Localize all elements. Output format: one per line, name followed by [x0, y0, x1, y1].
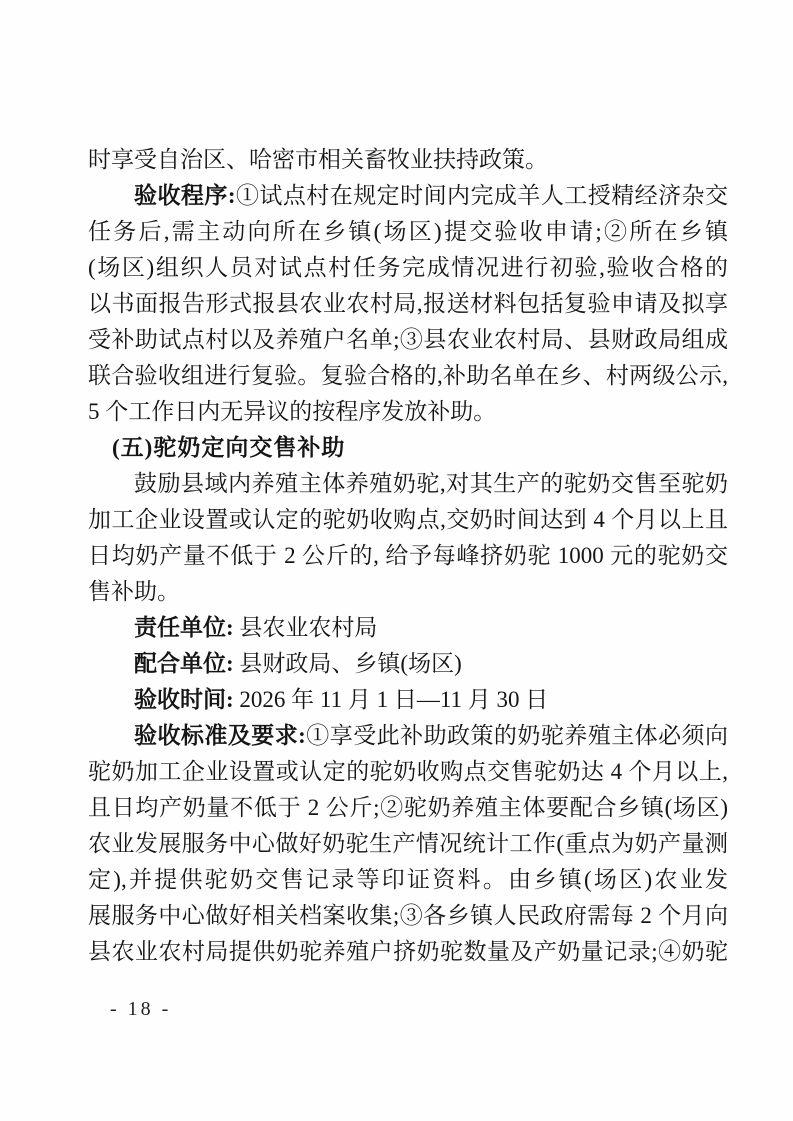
body-text: 联合验收组进行复验。复验合格的,补助名单在乡、村两级公示,: [88, 363, 728, 388]
text-line: (场区)组织人员对试点村任务完成情况进行初验,验收合格的: [88, 250, 728, 286]
text-line: 任务后,需主动向所在乡镇(场区)提交验收申请;②所在乡镇: [88, 214, 728, 250]
text-line: 鼓励县域内养殖主体养殖奶驼,对其生产的驼奶交售至驼奶: [88, 466, 728, 502]
label-text: 配合单位:: [134, 651, 234, 676]
body-text: 鼓励县域内养殖主体养殖奶驼,对其生产的驼奶交售至驼奶: [134, 471, 728, 496]
body-text: 受补助试点村以及养殖户名单;③县农业农村局、县财政局组成: [88, 327, 728, 352]
text-line: 5 个工作日内无异议的按程序发放补助。: [88, 394, 728, 430]
text-line: 验收时间: 2026 年 11 月 1 日—11 月 30 日: [88, 682, 728, 718]
document-page: 时享受自治区、哈密市相关畜牧业扶持政策。验收程序:①试点村在规定时间内完成羊人工…: [0, 0, 793, 1121]
body-text: 县农业农村局: [234, 615, 378, 640]
text-line: 受补助试点村以及养殖户名单;③县农业农村局、县财政局组成: [88, 322, 728, 358]
body-text: 以书面报告形式报县农业农村局,报送材料包括复验申请及拟享: [88, 291, 728, 316]
body-text: 县农业农村局提供奶驼养殖户挤奶驼数量及产奶量记录;④奶驼: [88, 939, 728, 964]
body-text: 县财政局、乡镇(场区): [234, 651, 462, 676]
body-text: 加工企业设置或认定的驼奶收购点,交奶时间达到 4 个月以上且: [88, 507, 728, 532]
body-text: 农业发展服务中心做好奶驼生产情况统计工作(重点为奶产量测: [88, 831, 728, 856]
text-line: 售补助。: [88, 574, 728, 610]
label-text: 验收时间:: [134, 687, 234, 712]
text-line: 日均奶产量不低于 2 公斤的, 给予每峰挤奶驼 1000 元的驼奶交: [88, 538, 728, 574]
text-line: 配合单位: 县财政局、乡镇(场区): [88, 646, 728, 682]
body-text: 时享受自治区、哈密市相关畜牧业扶持政策。: [88, 147, 548, 172]
document-body: 时享受自治区、哈密市相关畜牧业扶持政策。验收程序:①试点村在规定时间内完成羊人工…: [88, 142, 728, 970]
text-line: 县农业农村局提供奶驼养殖户挤奶驼数量及产奶量记录;④奶驼: [88, 934, 728, 970]
body-text: (场区)组织人员对试点村任务完成情况进行初验,验收合格的: [88, 255, 728, 280]
body-text: 日均奶产量不低于 2 公斤的, 给予每峰挤奶驼 1000 元的驼奶交: [88, 543, 728, 568]
text-line: 展服务中心做好相关档案收集;③各乡镇人民政府需每 2 个月向: [88, 898, 728, 934]
text-line: 时享受自治区、哈密市相关畜牧业扶持政策。: [88, 142, 728, 178]
text-line: 且日均产奶量不低于 2 公斤;②驼奶养殖主体要配合乡镇(场区): [88, 790, 728, 826]
label-text: 验收标准及要求:: [134, 723, 306, 748]
text-line: 加工企业设置或认定的驼奶收购点,交奶时间达到 4 个月以上且: [88, 502, 728, 538]
body-text: 且日均产奶量不低于 2 公斤;②驼奶养殖主体要配合乡镇(场区): [88, 795, 728, 820]
body-text: 售补助。: [88, 579, 180, 604]
body-text: 2026 年 11 月 1 日—11 月 30 日: [234, 687, 549, 712]
text-line: 验收程序:①试点村在规定时间内完成羊人工授精经济杂交: [88, 178, 728, 214]
body-text: ①试点村在规定时间内完成羊人工授精经济杂交: [235, 183, 728, 208]
text-line: 定),并提供驼奶交售记录等印证资料。由乡镇(场区)农业发: [88, 862, 728, 898]
body-text: 5 个工作日内无异议的按程序发放补助。: [88, 399, 496, 424]
body-text: 驼奶加工企业设置或认定的驼奶收购点交售驼奶达 4 个月以上,: [88, 759, 728, 784]
text-line: 责任单位: 县农业农村局: [88, 610, 728, 646]
label-text: (五)驼奶定向交售补助: [112, 435, 345, 460]
label-text: 验收程序:: [134, 183, 235, 208]
text-line: 以书面报告形式报县农业农村局,报送材料包括复验申请及拟享: [88, 286, 728, 322]
text-line: 验收标准及要求:①享受此补助政策的奶驼养殖主体必须向: [88, 718, 728, 754]
body-text: 任务后,需主动向所在乡镇(场区)提交验收申请;②所在乡镇: [88, 219, 728, 244]
text-line: 驼奶加工企业设置或认定的驼奶收购点交售驼奶达 4 个月以上,: [88, 754, 728, 790]
text-line: 农业发展服务中心做好奶驼生产情况统计工作(重点为奶产量测: [88, 826, 728, 862]
page-number: - 18 -: [110, 998, 171, 1021]
section-heading: (五)驼奶定向交售补助: [88, 430, 728, 466]
body-text: 展服务中心做好相关档案收集;③各乡镇人民政府需每 2 个月向: [88, 903, 728, 928]
body-text: 定),并提供驼奶交售记录等印证资料。由乡镇(场区)农业发: [88, 867, 728, 892]
label-text: 责任单位:: [134, 615, 234, 640]
text-line: 联合验收组进行复验。复验合格的,补助名单在乡、村两级公示,: [88, 358, 728, 394]
body-text: ①享受此补助政策的奶驼养殖主体必须向: [306, 723, 728, 748]
